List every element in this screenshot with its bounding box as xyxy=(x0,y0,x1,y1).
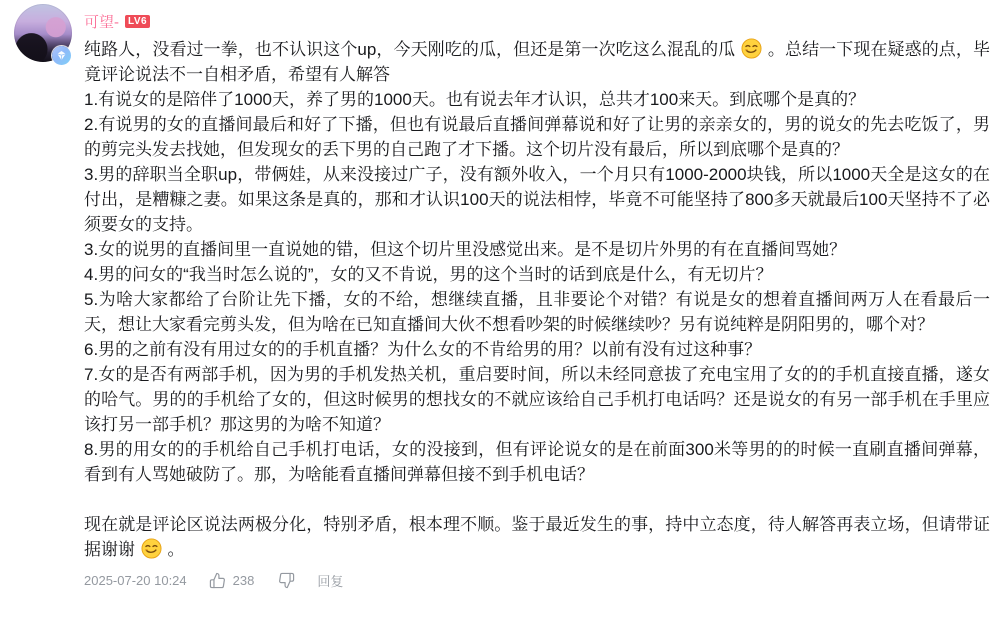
paragraph-text: 1.有说女的是陪伴了1000天，养了男的1000天。也有说去年才认识，总共才10… xyxy=(84,90,865,109)
paragraph-text: 5.为啥大家都给了台阶让先下播，女的不给，想继续直播，且非要论个对错？有说是女的… xyxy=(84,290,990,334)
paragraph-text: 8.男的用女的的手机给自己手机打电话，女的没接到，但有评论说女的是在前面300米… xyxy=(84,440,990,484)
gem-pendant-icon xyxy=(52,46,71,65)
comment-body: 可望- LV6 纯路人，没看过一拳，也不认识这个up，今天刚吃的瓜，但还是第一次… xyxy=(84,4,1005,590)
comment-timestamp: 2025-07-20 10:24 xyxy=(84,573,187,588)
comment-item: 可望- LV6 纯路人，没看过一拳，也不认识这个up，今天刚吃的瓜，但还是第一次… xyxy=(0,0,1005,618)
yellow-face-emote-icon xyxy=(741,38,762,59)
paragraph-text: 4.男的问女的“我当时怎么说的”，女的又不肯说，男的这个当时的话到底是什么，有无… xyxy=(84,265,773,284)
paragraph-text: 2.有说男的女的直播间最后和好了下播，但也有说最后直播间弹幕说和好了让男的亲亲女… xyxy=(84,115,990,159)
comment-paragraph xyxy=(84,487,990,512)
thumbs-down-icon xyxy=(278,572,295,589)
comment-paragraph: 现在就是评论区说法两极分化，特别矛盾，根本理不顺。鉴于最近发生的事，持中立态度，… xyxy=(84,512,990,562)
avatar[interactable] xyxy=(14,4,72,62)
paragraph-text: 6.男的之前有没有用过女的的手机直播？为什么女的不肯给男的用？以前有没有过这种事… xyxy=(84,340,761,359)
comment-paragraph: 7.女的是否有两部手机，因为男的手机发热关机，重启要时间，所以未经同意拔了充电宝… xyxy=(84,362,990,437)
comment-paragraph: 2.有说男的女的直播间最后和好了下播，但也有说最后直播间弹幕说和好了让男的亲亲女… xyxy=(84,112,990,162)
comment-paragraph: 1.有说女的是陪伴了1000天，养了男的1000天。也有说去年才认识，总共才10… xyxy=(84,87,990,112)
username[interactable]: 可望- xyxy=(84,11,119,32)
comment-footer: 2025-07-20 10:24 238 回复 xyxy=(84,571,1005,590)
paragraph-text: 纯路人，没看过一拳，也不认识这个up，今天刚吃的瓜，但还是第一次吃这么混乱的瓜 xyxy=(84,40,735,59)
like-count: 238 xyxy=(233,573,255,588)
comment-paragraph: 5.为啥大家都给了台阶让先下播，女的不给，想继续直播，且非要论个对错？有说是女的… xyxy=(84,287,990,337)
comment-paragraph: 8.男的用女的的手机给自己手机打电话，女的没接到，但有评论说女的是在前面300米… xyxy=(84,437,990,487)
paragraph-text: 3.男的辞职当全职up，带俩娃，从来没接过广子，没有额外收入，一个月只有1000… xyxy=(84,165,990,234)
like-button[interactable]: 238 xyxy=(209,572,255,589)
comment-paragraph: 纯路人，没看过一拳，也不认识这个up，今天刚吃的瓜，但还是第一次吃这么混乱的瓜 … xyxy=(84,37,990,87)
paragraph-text: 7.女的是否有两部手机，因为男的手机发热关机，重启要时间，所以未经同意拔了充电宝… xyxy=(84,365,990,434)
comment-paragraph: 3.女的说男的直播间里一直说她的错，但这个切片里没感觉出来。是不是切片外男的有在… xyxy=(84,237,990,262)
dislike-button[interactable] xyxy=(278,572,295,589)
paragraph-text: 3.女的说男的直播间里一直说她的错，但这个切片里没感觉出来。是不是切片外男的有在… xyxy=(84,240,846,259)
thumbs-up-icon xyxy=(209,572,226,589)
comment-paragraph: 4.男的问女的“我当时怎么说的”，女的又不肯说，男的这个当时的话到底是什么，有无… xyxy=(84,262,990,287)
comment-text: 纯路人，没看过一拳，也不认识这个up，今天刚吃的瓜，但还是第一次吃这么混乱的瓜 … xyxy=(84,37,990,562)
comment-header: 可望- LV6 xyxy=(84,4,1005,28)
comment-paragraph: 3.男的辞职当全职up，带俩娃，从来没接过广子，没有额外收入，一个月只有1000… xyxy=(84,162,990,237)
yellow-face-emote-icon xyxy=(141,538,162,559)
user-level-badge: LV6 xyxy=(125,15,150,28)
paragraph-text: 。 xyxy=(167,540,184,559)
reply-button[interactable]: 回复 xyxy=(317,571,343,590)
paragraph-text: 现在就是评论区说法两极分化，特别矛盾，根本理不顺。鉴于最近发生的事，持中立态度，… xyxy=(84,515,990,559)
comment-paragraph: 6.男的之前有没有用过女的的手机直播？为什么女的不肯给男的用？以前有没有过这种事… xyxy=(84,337,990,362)
